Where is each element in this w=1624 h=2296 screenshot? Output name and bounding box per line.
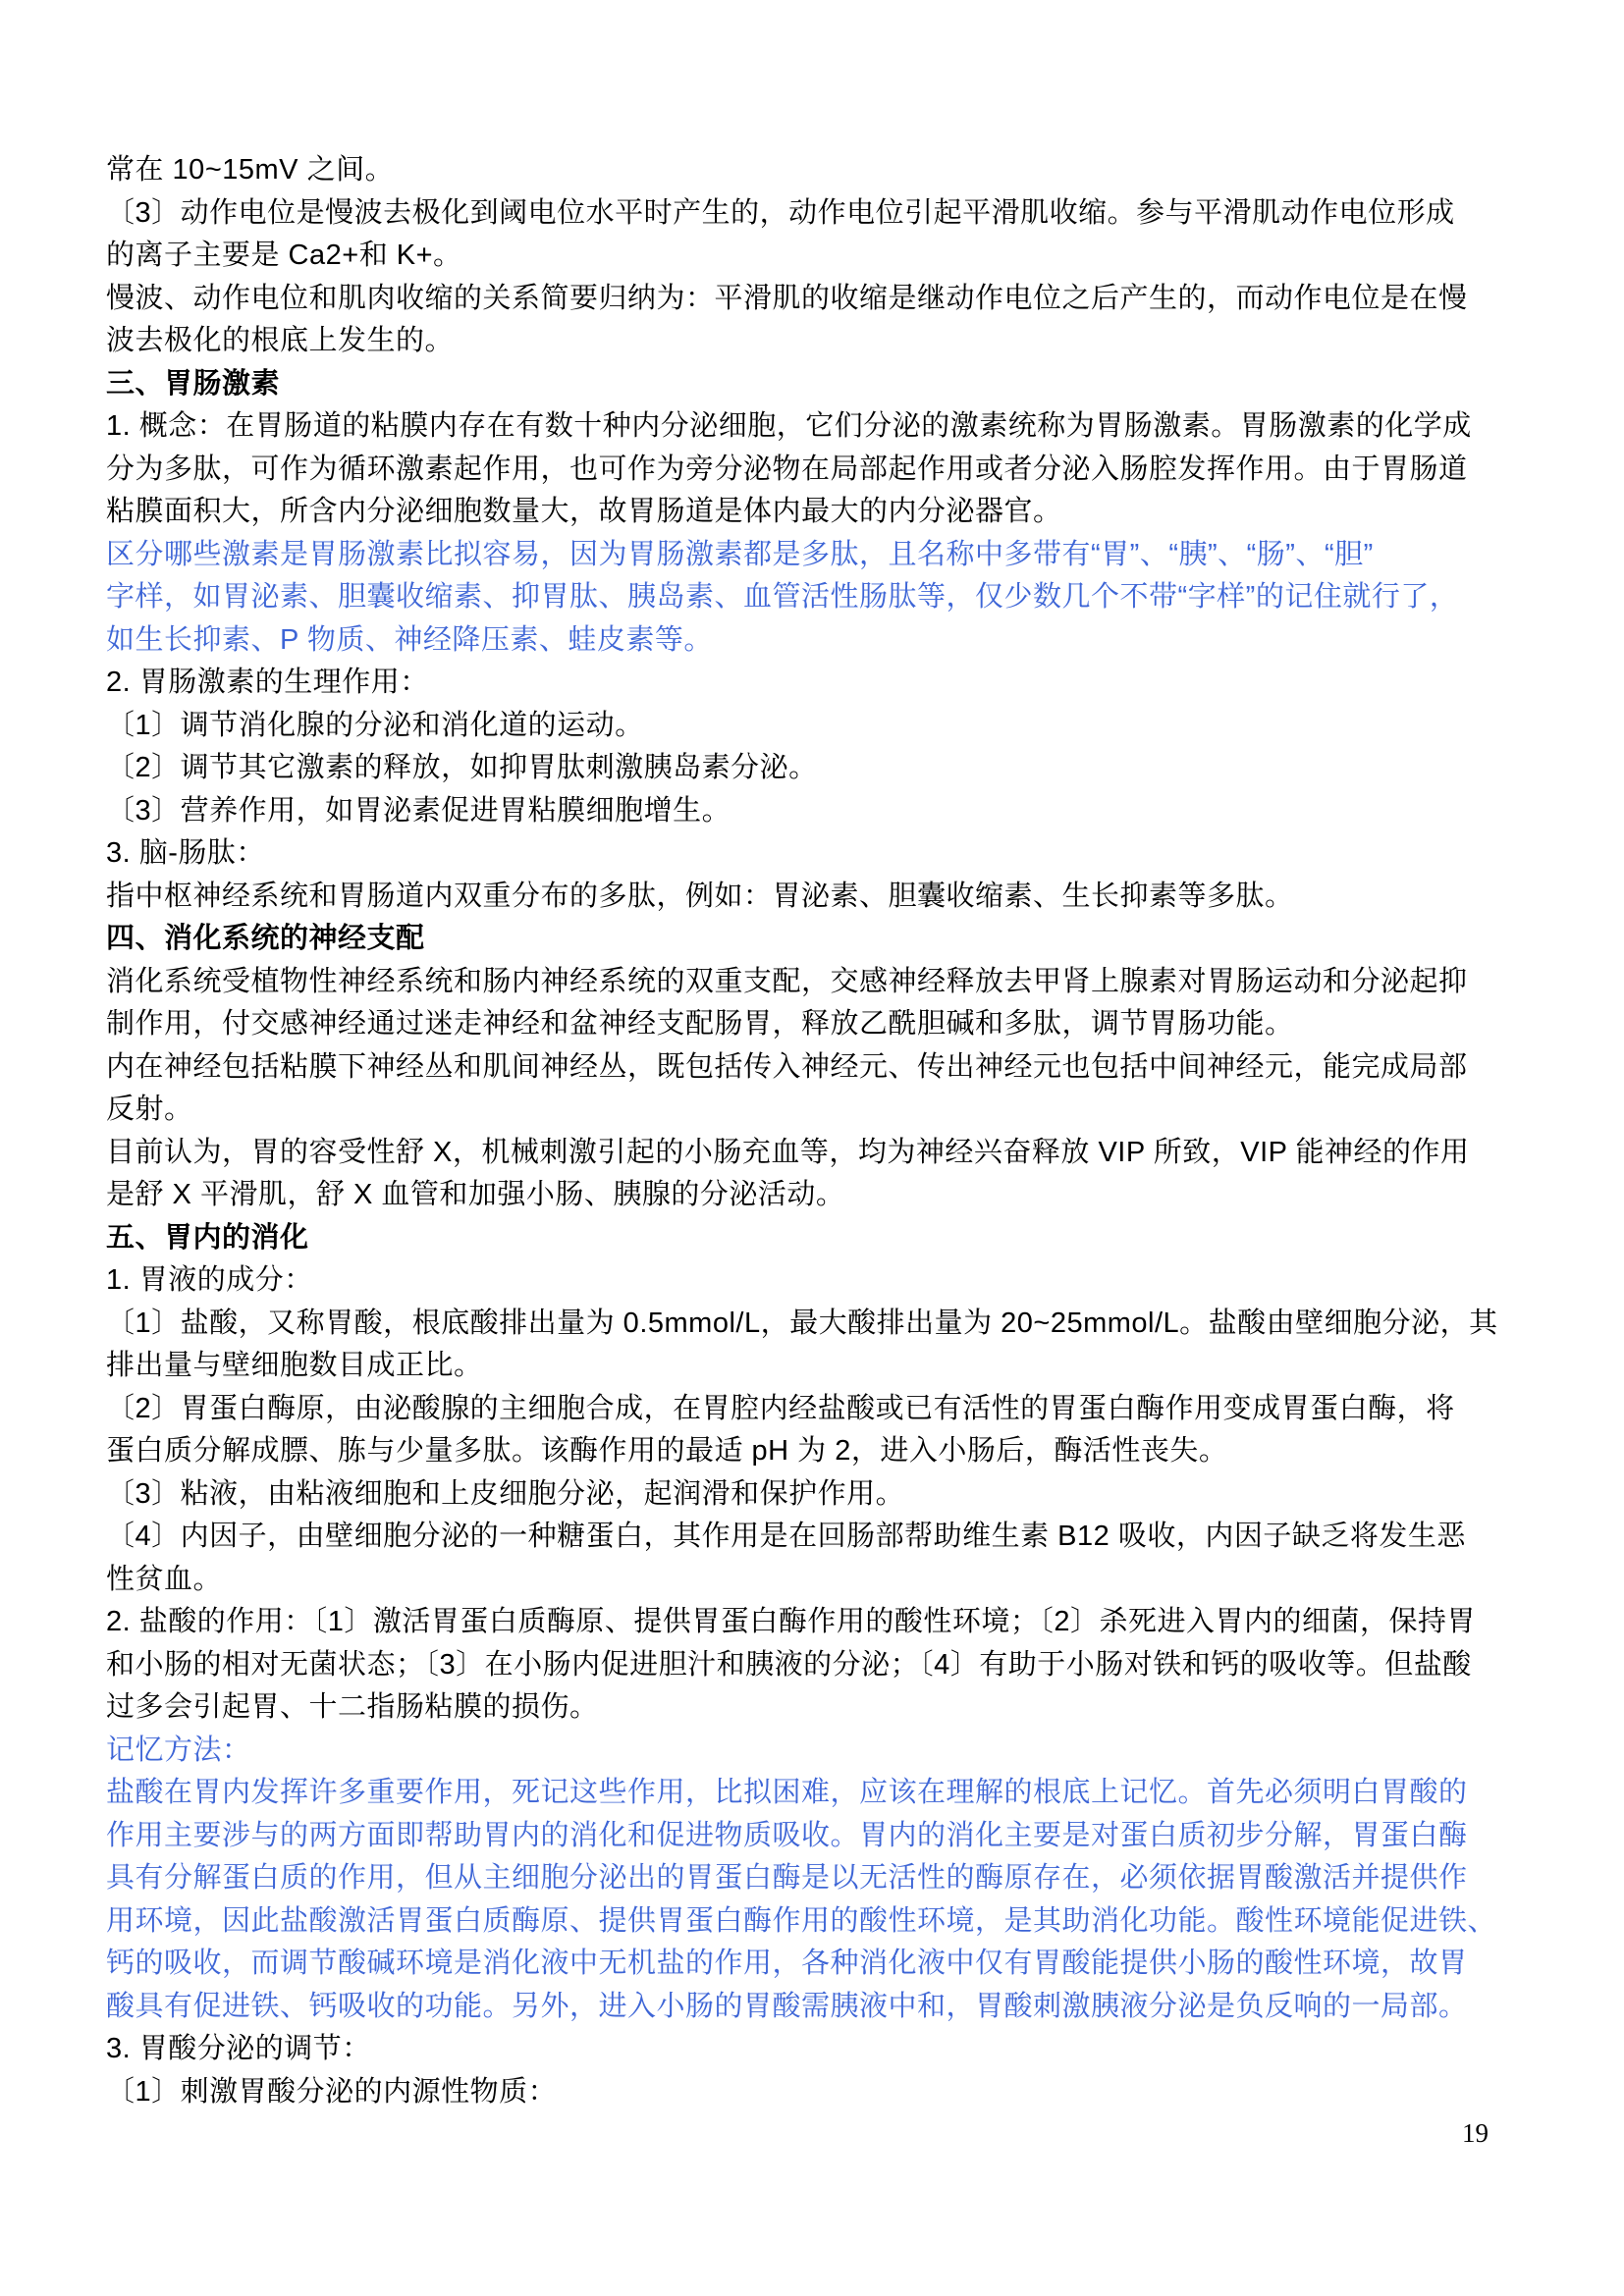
- text-line: 3. 胃酸分泌的调节：: [106, 2028, 1522, 2071]
- text-line: 消化系统受植物性神经系统和肠内神经系统的双重支配，交感神经释放去甲肾上腺素对胃肠…: [106, 961, 1522, 1004]
- text-line: 酸具有促进铁、钙吸收的功能。另外，进入小肠的胃酸需胰液中和，胃酸刺激胰液分泌是负…: [106, 1986, 1522, 2029]
- text-line: 钙的吸收，而调节酸碱环境是消化液中无机盐的作用，各种消化液中仅有胃酸能提供小肠的…: [106, 1943, 1522, 1986]
- text-line: 分为多肽，可作为循环激素起作用，也可作为旁分泌物在局部起作用或者分泌入肠腔发挥作…: [106, 449, 1522, 492]
- text-line: 〔1〕刺激胃酸分泌的内源性物质：: [106, 2071, 1522, 2114]
- text-line: 1. 胃液的成分：: [106, 1259, 1522, 1303]
- text-line: 内在神经包括粘膜下神经丛和肌间神经丛，既包括传入神经元、传出神经元也包括中间神经…: [106, 1046, 1522, 1090]
- text-line: 指中枢神经系统和胃肠道内双重分布的多肽，例如：胃泌素、胆囊收缩素、生长抑素等多肽…: [106, 876, 1522, 919]
- text-line: 〔4〕内因子，由壁细胞分泌的一种糖蛋白，其作用是在回肠部帮助维生素 B12 吸收…: [106, 1516, 1522, 1559]
- text-line: 1. 概念：在胃肠道的粘膜内存在有数十种内分泌细胞，它们分泌的激素统称为胃肠激素…: [106, 405, 1522, 449]
- text-line: 作用主要涉与的两方面即帮助胃内的消化和促进物质吸收。胃内的消化主要是对蛋白质初步…: [106, 1815, 1522, 1858]
- section-heading: 三、胃肠激素: [106, 363, 1522, 406]
- text-line: 用环境，因此盐酸激活胃蛋白质酶原、提供胃蛋白酶作用的酸性环境，是其助消化功能。酸…: [106, 1900, 1522, 1944]
- text-line: 3. 脑-肠肽：: [106, 832, 1522, 876]
- text-line: 区分哪些激素是胃肠激素比拟容易，因为胃肠激素都是多肽，且名称中多带有“胃”、“胰…: [106, 534, 1522, 577]
- document-page: 常在 10~15mV 之间。〔3〕动作电位是慢波去极化到阈电位水平时产生的，动作…: [0, 0, 1624, 2296]
- text-line: 的离子主要是 Ca2+和 K+。: [106, 235, 1522, 278]
- text-line: 慢波、动作电位和肌肉收缩的关系简要归纳为：平滑肌的收缩是继动作电位之后产生的，而…: [106, 278, 1522, 321]
- text-line: 制作用，付交感神经通过迷走神经和盆神经支配肠胃，释放乙酰胆碱和多肽，调节胃肠功能…: [106, 1003, 1522, 1046]
- section-heading: 五、胃内的消化: [106, 1217, 1522, 1260]
- text-line: 排出量与壁细胞数目成正比。: [106, 1345, 1522, 1388]
- text-line: 和小肠的相对无菌状态；〔3〕在小肠内促进胆汁和胰液的分泌；〔4〕有助于小肠对铁和…: [106, 1644, 1522, 1687]
- text-line: 反射。: [106, 1089, 1522, 1132]
- text-line: 是舒 X 平滑肌，舒 X 血管和加强小肠、胰腺的分泌活动。: [106, 1174, 1522, 1217]
- text-line: 蛋白质分解成膘、胨与少量多肽。该酶作用的最适 pH 为 2，进入小肠后，酶活性丧…: [106, 1430, 1522, 1473]
- text-line: 波去极化的根底上发生的。: [106, 320, 1522, 363]
- text-line: 〔1〕调节消化腺的分泌和消化道的运动。: [106, 705, 1522, 748]
- text-line: 目前认为，胃的容受性舒 X，机械刺激引起的小肠充血等，均为神经兴奋释放 VIP …: [106, 1132, 1522, 1175]
- document-body: 常在 10~15mV 之间。〔3〕动作电位是慢波去极化到阈电位水平时产生的，动作…: [106, 149, 1522, 2113]
- page-number: 19: [1462, 2118, 1489, 2149]
- text-line: 过多会引起胃、十二指肠粘膜的损伤。: [106, 1686, 1522, 1730]
- text-line: 粘膜面积大，所含内分泌细胞数量大，故胃肠道是体内最大的内分泌器官。: [106, 491, 1522, 534]
- text-line: 常在 10~15mV 之间。: [106, 149, 1522, 192]
- text-line: 〔2〕胃蛋白酶原，由泌酸腺的主细胞合成，在胃腔内经盐酸或已有活性的胃蛋白酶作用变…: [106, 1388, 1522, 1431]
- text-line: 性贫血。: [106, 1559, 1522, 1602]
- text-line: 〔3〕动作电位是慢波去极化到阈电位水平时产生的，动作电位引起平滑肌收缩。参与平滑…: [106, 192, 1522, 236]
- text-line: 〔3〕粘液，由粘液细胞和上皮细胞分泌，起润滑和保护作用。: [106, 1473, 1522, 1517]
- text-line: 字样，如胃泌素、胆囊收缩素、抑胃肽、胰岛素、血管活性肠肽等，仅少数几个不带“字样…: [106, 576, 1522, 619]
- text-line: 记忆方法：: [106, 1730, 1522, 1773]
- section-heading: 四、消化系统的神经支配: [106, 918, 1522, 961]
- text-line: 如生长抑素、P 物质、神经降压素、蛙皮素等。: [106, 619, 1522, 663]
- text-line: 具有分解蛋白质的作用，但从主细胞分泌出的胃蛋白酶是以无活性的酶原存在，必须依据胃…: [106, 1857, 1522, 1900]
- text-line: 2. 胃肠激素的生理作用：: [106, 662, 1522, 705]
- text-line: 〔1〕盐酸，又称胃酸，根底酸排出量为 0.5mmol/L，最大酸排出量为 20~…: [106, 1303, 1522, 1346]
- text-line: 〔3〕营养作用，如胃泌素促进胃粘膜细胞增生。: [106, 790, 1522, 833]
- text-line: 盐酸在胃内发挥许多重要作用，死记这些作用，比拟困难，应该在理解的根底上记忆。首先…: [106, 1772, 1522, 1815]
- text-line: 2. 盐酸的作用：〔1〕激活胃蛋白质酶原、提供胃蛋白酶作用的酸性环境；〔2〕杀死…: [106, 1601, 1522, 1644]
- text-line: 〔2〕调节其它激素的释放，如抑胃肽刺激胰岛素分泌。: [106, 747, 1522, 790]
